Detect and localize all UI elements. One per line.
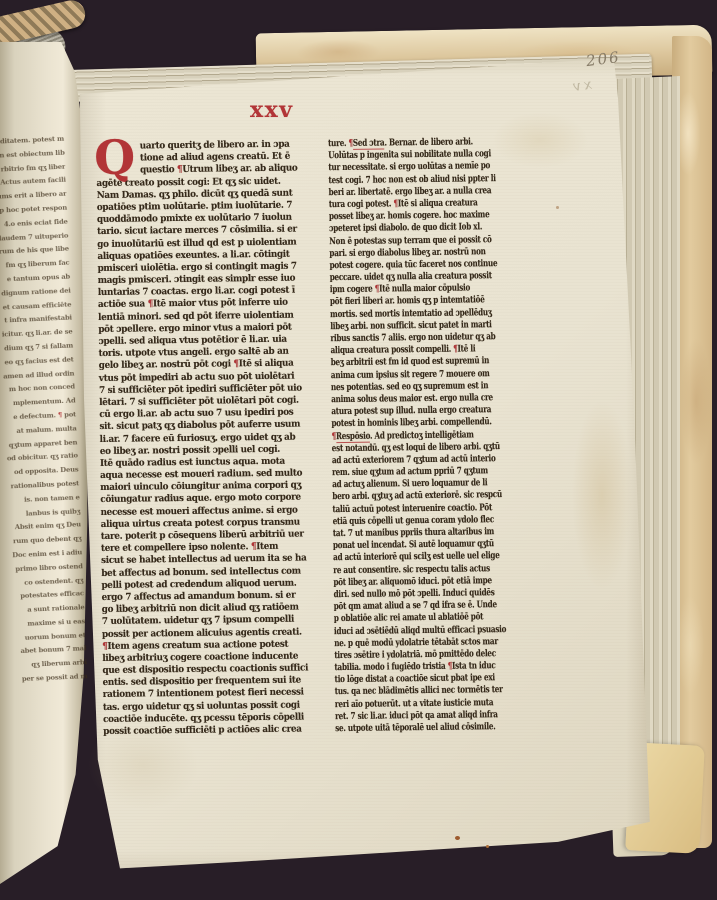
text-line: possit coactiōe sufficiēti p actiōes ali… xyxy=(103,723,308,738)
left-text-column: uarto queritʒ de libero ar. in ɔpatione … xyxy=(96,138,319,738)
page-content: 206 xv xxv Q uarto queritʒ de libero ar.… xyxy=(0,0,717,900)
chapter-heading: xxv xyxy=(250,97,294,123)
text-line: se. utpote uitā tēporalē uel aliud cōsim… xyxy=(335,722,465,736)
right-text-column: ture. ¶Sed ɔtra. Bernar. de libero arbi.… xyxy=(328,136,501,735)
book-photograph: { "photo": { "background_color": "#281e2… xyxy=(0,0,717,900)
folio-number-handwritten: 206 xyxy=(585,48,622,70)
show-through-mark: xv xyxy=(569,77,593,96)
text-block: Q uarto queritʒ de libero ar. in ɔpation… xyxy=(96,136,503,751)
